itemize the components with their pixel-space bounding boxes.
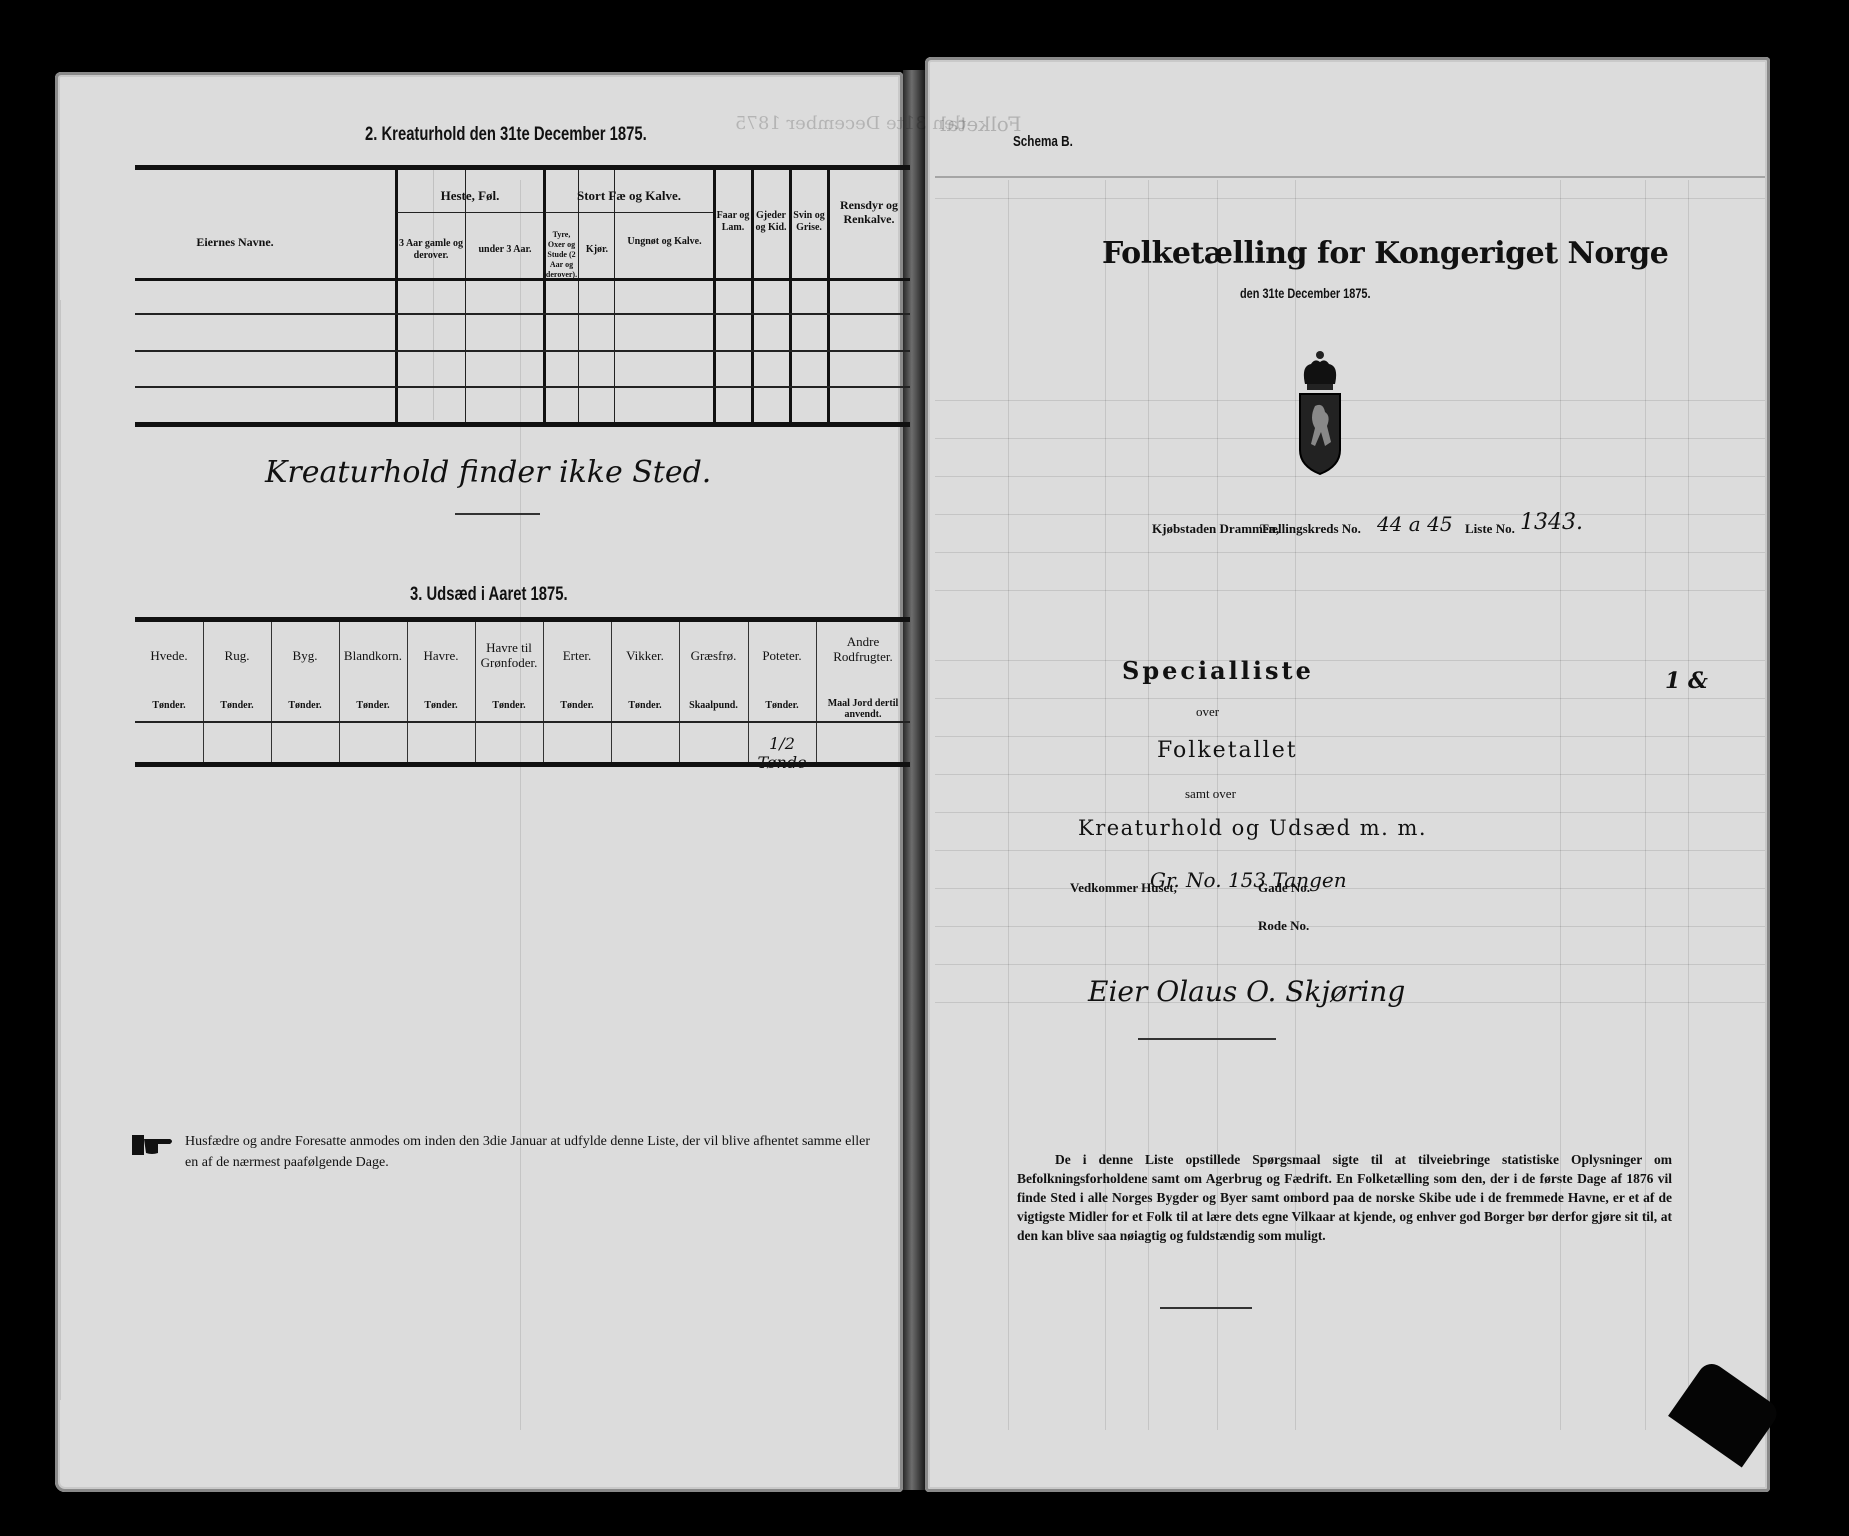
list-label: Liste No. bbox=[1465, 521, 1515, 537]
pointing-hand-icon bbox=[132, 1133, 174, 1157]
col-poteter: Poteter.Tønder.1/2 Tønde bbox=[748, 622, 817, 762]
norwegian-coat-of-arms-icon bbox=[1297, 350, 1343, 475]
rode-label: Rode No. bbox=[1258, 918, 1309, 934]
over-label: over bbox=[1196, 704, 1219, 720]
col-erter: Erter.Tønder. bbox=[543, 622, 612, 762]
folketallet-label: Folketallet bbox=[1157, 738, 1298, 763]
col-vikker: Vikker.Tønder. bbox=[611, 622, 680, 762]
col-horses-under3: under 3 Aar. bbox=[467, 244, 543, 256]
table-row bbox=[135, 386, 910, 388]
instructions-paragraph: De i denne Liste opstillede Spørgsmaal s… bbox=[1017, 1150, 1672, 1245]
col-young-cattle: Ungnøt og Kalve. bbox=[616, 236, 713, 248]
divider bbox=[1138, 1038, 1276, 1040]
col-graesfro: Græsfrø.Skaalpund. bbox=[679, 622, 749, 762]
margin-mark: 1 & bbox=[1665, 668, 1708, 694]
group-header-cattle: Stort Fæ og Kalve. bbox=[545, 188, 713, 203]
schema-label: Schema B. bbox=[1013, 133, 1090, 150]
col-havre-gronfoder: Havre til Grønfoder.Tønder. bbox=[475, 622, 544, 762]
gade-label: Gade No. bbox=[1258, 880, 1310, 896]
kreatur-line: Kreaturhold og Udsæd m. m. bbox=[1078, 816, 1427, 840]
poteter-value: 1/2 Tønde bbox=[748, 734, 816, 772]
col-goats: Gjeder og Kid. bbox=[753, 210, 789, 234]
page-title: Folketælling for Kongeriget Norge bbox=[1102, 236, 1668, 271]
samt-over-label: samt over bbox=[1185, 786, 1236, 802]
section3-title: 3. Udsæd i Aaret 1875. bbox=[410, 584, 612, 606]
col-bulls-oxen: Tyre, Oxer og Stude (2 Aar og derover). bbox=[545, 230, 578, 280]
owner-column-header: Eiernes Navne. bbox=[160, 235, 310, 250]
table-row bbox=[135, 313, 910, 315]
livestock-table: Eiernes Navne. Heste, Føl. 3 Aar gamle o… bbox=[135, 165, 910, 427]
page-subtitle: den 31te December 1875. bbox=[1240, 285, 1407, 301]
group-header-horses: Heste, Føl. bbox=[397, 188, 543, 203]
divider bbox=[1160, 1307, 1252, 1309]
house-value: Gr. No. 153 Tangen bbox=[1150, 868, 1347, 892]
notice-text: Husfædre og andre Foresatte anmodes om i… bbox=[185, 1131, 885, 1173]
col-byg: Byg.Tønder. bbox=[271, 622, 340, 762]
signature: Eier Olaus O. Skjøring bbox=[1088, 975, 1405, 1008]
col-pigs: Svin og Grise. bbox=[791, 210, 827, 234]
section2-title: 2. Kreaturhold den 31te December 1875. bbox=[365, 124, 726, 146]
divider bbox=[455, 513, 540, 515]
col-rug: Rug.Tønder. bbox=[203, 622, 272, 762]
col-blandkorn: Blandkorn.Tønder. bbox=[339, 622, 408, 762]
special-heading: Specialliste bbox=[1122, 656, 1314, 685]
col-andre-rodfrugter: Andre Rodfrugter.Maal Jord dertil anvend… bbox=[816, 622, 910, 762]
table-row bbox=[135, 350, 910, 352]
mirrored-bleed-text: den 31te December 1875 bbox=[735, 113, 966, 134]
handwritten-note: Kreaturhold finder ikke Sted. bbox=[265, 455, 711, 490]
col-reindeer: Rensdyr og Renkalve. bbox=[829, 198, 909, 226]
col-horses-3yr: 3 Aar gamle og derover. bbox=[397, 238, 465, 262]
col-divider bbox=[395, 170, 398, 422]
list-value: 1343. bbox=[1520, 510, 1583, 535]
mirrored-bleed-text: Folketal bbox=[940, 112, 1022, 136]
district-value: 44 a 45 bbox=[1377, 512, 1453, 536]
col-hvede: Hvede.Tønder. bbox=[135, 622, 204, 762]
col-havre: Havre.Tønder. bbox=[407, 622, 476, 762]
district-label: Tællingskreds No. bbox=[1260, 521, 1361, 537]
sowing-table: Hvede.Tønder. Rug.Tønder. Byg.Tønder. Bl… bbox=[135, 617, 910, 767]
col-sheep: Faar og Lam. bbox=[715, 210, 751, 234]
col-cows: Kjør. bbox=[580, 244, 614, 256]
